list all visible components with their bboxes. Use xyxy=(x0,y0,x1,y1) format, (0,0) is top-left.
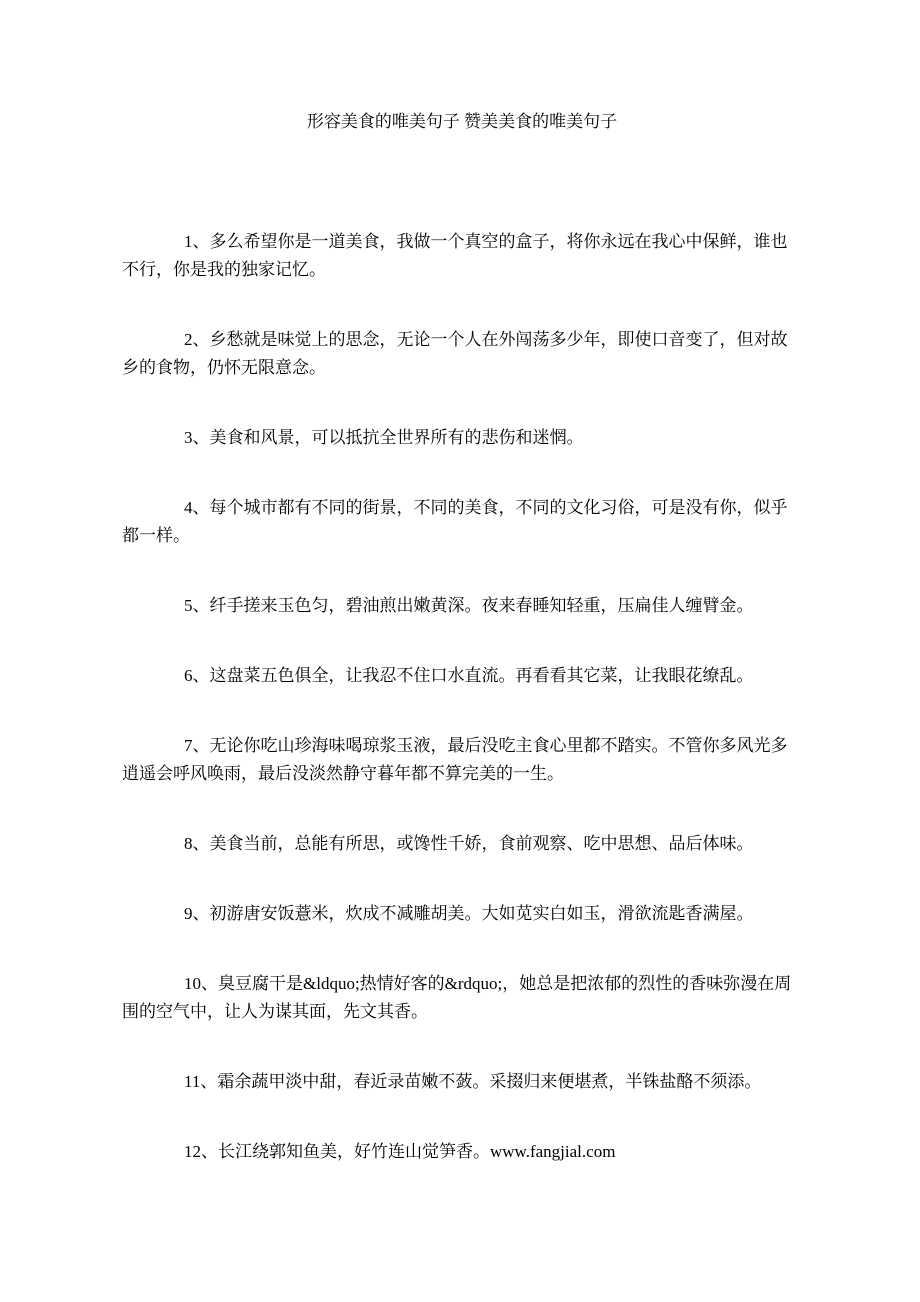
quote-paragraph-5: 5、纤手搓来玉色匀，碧油煎出嫩黄深。夜来春睡知轻重，压扁佳人缠臂金。 xyxy=(122,592,802,620)
quote-paragraph-7: 7、无论你吃山珍海味喝琼浆玉液，最后没吃主食心里都不踏实。不管你多风光多逍遥会呼… xyxy=(122,732,802,788)
document-page: 形容美食的唯美句子 赞美美食的唯美句子 1、多么希望你是一道美食，我做一个真空的… xyxy=(0,0,920,1302)
quote-paragraph-1: 1、多么希望你是一道美食，我做一个真空的盒子，将你永远在我心中保鲜，谁也不行，你… xyxy=(122,228,802,284)
quote-paragraph-9: 9、初游唐安饭薏米，炊成不减雕胡美。大如苋实白如玉，滑欲流匙香满屋。 xyxy=(122,900,802,928)
quote-paragraph-4: 4、每个城市都有不同的街景，不同的美食，不同的文化习俗，可是没有你，似乎都一样。 xyxy=(122,494,802,550)
quote-paragraph-11: 11、霜余蔬甲淡中甜，春近录苗嫩不蔹。采掇归来便堪煮，半铢盐酪不须添。 xyxy=(122,1068,802,1096)
quote-paragraph-3: 3、美食和风景，可以抵抗全世界所有的悲伤和迷惘。 xyxy=(122,424,802,452)
quote-paragraph-2: 2、乡愁就是味觉上的思念，无论一个人在外闯荡多少年，即使口音变了，但对故乡的食物… xyxy=(122,326,802,382)
document-title: 形容美食的唯美句子 赞美美食的唯美句子 xyxy=(122,108,802,136)
quote-paragraph-10: 10、臭豆腐干是&ldquo;热情好客的&rdquo;，她总是把浓郁的烈性的香味… xyxy=(122,970,802,1026)
quote-paragraph-8: 8、美食当前，总能有所思，或馋性千娇，食前观察、吃中思想、品后体味。 xyxy=(122,830,802,858)
quote-paragraph-6: 6、这盘菜五色俱全，让我忍不住口水直流。再看看其它菜，让我眼花缭乱。 xyxy=(122,662,802,690)
quote-paragraph-12: 12、长江绕郭知鱼美，好竹连山觉笋香。www.fangjial.com xyxy=(122,1138,802,1166)
